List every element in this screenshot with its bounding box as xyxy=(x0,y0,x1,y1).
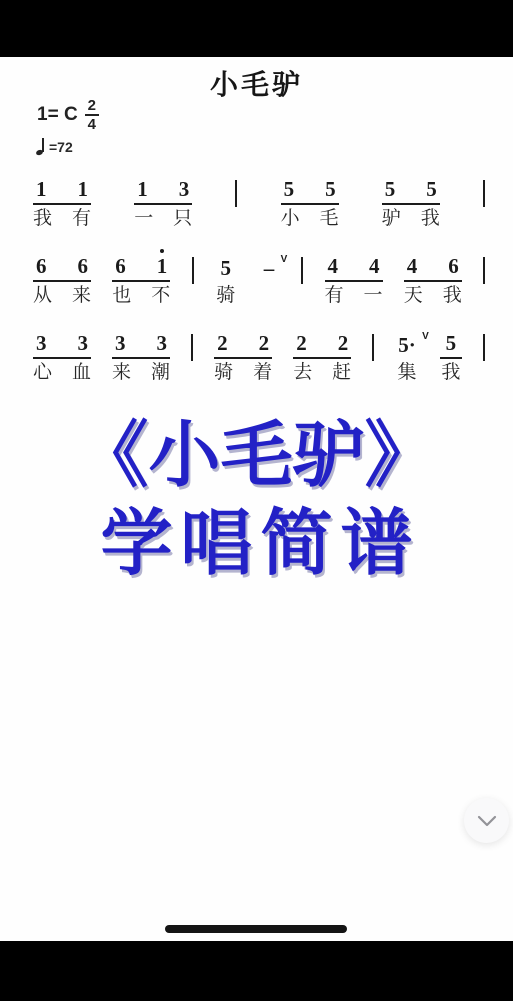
lyrics-row: 我 xyxy=(440,362,462,384)
note-5: 5 xyxy=(385,178,396,201)
lyric: 不 xyxy=(151,285,170,307)
note-5: 5 xyxy=(446,332,457,355)
lyric: 我 xyxy=(441,362,460,384)
lyric: 也 xyxy=(112,285,131,307)
notes-row: 33 xyxy=(112,333,170,359)
video-frame: 小毛驴 1= C 2 4 =72 11我有13一只55小毛55驴我66从来61也… xyxy=(0,0,513,1001)
lyric: 有 xyxy=(325,285,344,307)
breath-mark: V xyxy=(281,248,288,271)
sheet-page: 小毛驴 1= C 2 4 =72 11我有13一只55小毛55驴我66从来61也… xyxy=(0,57,513,941)
note-2: 2 xyxy=(296,332,307,355)
beat-cell: 33心血 xyxy=(33,333,91,384)
note-3: 3 xyxy=(115,332,126,355)
overlay-title-line1: 《小毛驴》 xyxy=(0,412,513,500)
lyrics-row: 骑 xyxy=(215,285,237,307)
note-4: 4 xyxy=(407,255,418,278)
lyric: 来 xyxy=(112,362,131,384)
notes-row: 22 xyxy=(214,333,272,359)
note-2: 2 xyxy=(338,332,349,355)
lyric: 血 xyxy=(72,362,91,384)
note-5: 5 xyxy=(325,178,336,201)
score-line: 33心血33来潮22骑着22去赶5·V集5我 xyxy=(33,333,485,384)
overlay-title: 《小毛驴》 学唱简谱 xyxy=(0,412,513,588)
time-signature-denominator: 4 xyxy=(88,116,96,132)
beat-cell: 33来潮 xyxy=(112,333,170,384)
lyric: 一 xyxy=(134,208,153,230)
breath-mark: V xyxy=(422,325,429,348)
notes-row: 55 xyxy=(281,179,339,205)
beat-cell: 13一只 xyxy=(134,179,192,230)
lyric: 驴 xyxy=(382,208,401,230)
notes-row: 46 xyxy=(404,256,462,282)
beat-cell: 61也不 xyxy=(112,256,170,307)
lyrics-row: 小毛 xyxy=(281,208,339,230)
notes-row: 61 xyxy=(112,256,170,282)
lyrics-row: 从来 xyxy=(33,285,91,307)
note-6: 6 xyxy=(36,255,47,278)
note-1: 1 xyxy=(157,255,168,278)
overlay-title-line2: 学唱简谱 xyxy=(0,500,513,588)
beat-cell: –V xyxy=(258,256,280,307)
note-6: 6 xyxy=(115,255,126,278)
key-signature: 1= C 2 4 xyxy=(37,98,99,132)
note-3: 3 xyxy=(157,332,168,355)
note-5: 5·V xyxy=(398,334,416,357)
lyric: 着 xyxy=(253,362,272,384)
barline xyxy=(483,334,485,361)
notes-row: 66 xyxy=(33,256,91,282)
barline xyxy=(301,257,303,284)
lyrics-row: 一只 xyxy=(134,208,192,230)
note-4: 4 xyxy=(328,255,339,278)
lyric xyxy=(260,285,279,307)
notes-row: 44 xyxy=(325,256,383,282)
beat-cell: 55小毛 xyxy=(281,179,339,230)
time-signature-numerator: 2 xyxy=(85,98,99,116)
beat-cell: 22去赶 xyxy=(293,333,351,384)
lyric: 一 xyxy=(363,285,382,307)
beat-cell: 46天我 xyxy=(404,256,462,307)
note-2: 2 xyxy=(259,332,270,355)
lyrics-row: 也不 xyxy=(112,285,170,307)
quarter-note-icon xyxy=(36,138,46,155)
notes-row: 13 xyxy=(134,179,192,205)
lyric: 骑 xyxy=(216,285,235,307)
tempo-value: =72 xyxy=(49,139,73,155)
letterbox-top xyxy=(0,0,513,57)
lyrics-row: 骑着 xyxy=(214,362,272,384)
beat-cell: 5骑 xyxy=(215,256,237,307)
lyric: 只 xyxy=(173,208,192,230)
note-5: 5 xyxy=(221,257,232,280)
lyrics-row xyxy=(258,285,280,307)
lyric: 从 xyxy=(33,285,52,307)
score-line: 11我有13一只55小毛55驴我 xyxy=(33,179,485,230)
notes-row: 5 xyxy=(215,256,237,282)
notes-row: 5 xyxy=(440,333,462,359)
barline xyxy=(191,334,193,361)
beat-cell: 66从来 xyxy=(33,256,91,307)
barline xyxy=(192,257,194,284)
beat-cell: 5我 xyxy=(440,333,462,384)
beat-cell: 11我有 xyxy=(33,179,91,230)
score-line: 66从来61也不5骑–V44有一46天我 xyxy=(33,256,485,307)
note-4: 4 xyxy=(369,255,380,278)
letterbox-bottom xyxy=(0,941,513,1001)
lyric: 来 xyxy=(72,285,91,307)
lyric: 去 xyxy=(293,362,312,384)
note-5: 5 xyxy=(426,178,437,201)
lyric: 天 xyxy=(404,285,423,307)
octave-dot xyxy=(160,249,164,253)
lyric: 赶 xyxy=(332,362,351,384)
notation-lines: 11我有13一只55小毛55驴我66从来61也不5骑–V44有一46天我33心血… xyxy=(33,179,485,410)
key-text: 1= C xyxy=(37,104,78,126)
barline xyxy=(235,180,237,207)
beat-cell: 5·V集 xyxy=(395,333,419,384)
lyrics-row: 去赶 xyxy=(293,362,351,384)
beat-cell: 55驴我 xyxy=(382,179,440,230)
note-6: 6 xyxy=(78,255,89,278)
barline xyxy=(372,334,374,361)
lyric: 心 xyxy=(33,362,52,384)
notes-row: 22 xyxy=(293,333,351,359)
lyrics-row: 天我 xyxy=(404,285,462,307)
lyric: 我 xyxy=(443,285,462,307)
lyric: 小 xyxy=(281,208,300,230)
note-5: 5 xyxy=(284,178,295,201)
notes-row: 55 xyxy=(382,179,440,205)
note-3: 3 xyxy=(179,178,190,201)
lyrics-row: 心血 xyxy=(33,362,91,384)
lyric: 我 xyxy=(421,208,440,230)
lyric: 集 xyxy=(398,362,417,384)
note-3: 3 xyxy=(36,332,47,355)
notes-row: 5·V xyxy=(395,333,419,359)
lyrics-row: 有一 xyxy=(325,285,383,307)
note-1: 1 xyxy=(78,178,89,201)
note-2: 2 xyxy=(217,332,228,355)
beat-cell: 44有一 xyxy=(325,256,383,307)
note-1: 1 xyxy=(137,178,148,201)
scroll-down-button[interactable] xyxy=(464,798,509,843)
notes-row: 33 xyxy=(33,333,91,359)
lyric: 我 xyxy=(33,208,52,230)
barline xyxy=(483,257,485,284)
tempo-marking: =72 xyxy=(36,138,73,155)
lyrics-row: 驴我 xyxy=(382,208,440,230)
time-signature: 2 4 xyxy=(85,98,99,132)
lyric: 骑 xyxy=(214,362,233,384)
lyric: 潮 xyxy=(151,362,170,384)
lyrics-row: 来潮 xyxy=(112,362,170,384)
song-title: 小毛驴 xyxy=(0,57,513,103)
lyrics-row: 我有 xyxy=(33,208,91,230)
lyric: 有 xyxy=(72,208,91,230)
lyric: 毛 xyxy=(320,208,339,230)
home-indicator[interactable] xyxy=(165,925,347,933)
lyrics-row: 集 xyxy=(395,362,419,384)
note-1: 1 xyxy=(36,178,47,201)
chevron-down-icon xyxy=(477,815,497,827)
beat-cell: 22骑着 xyxy=(214,333,272,384)
note-3: 3 xyxy=(78,332,89,355)
dash-note: –V xyxy=(264,257,275,280)
notes-row: –V xyxy=(258,256,280,282)
notes-row: 11 xyxy=(33,179,91,205)
barline xyxy=(483,180,485,207)
note-6: 6 xyxy=(448,255,459,278)
